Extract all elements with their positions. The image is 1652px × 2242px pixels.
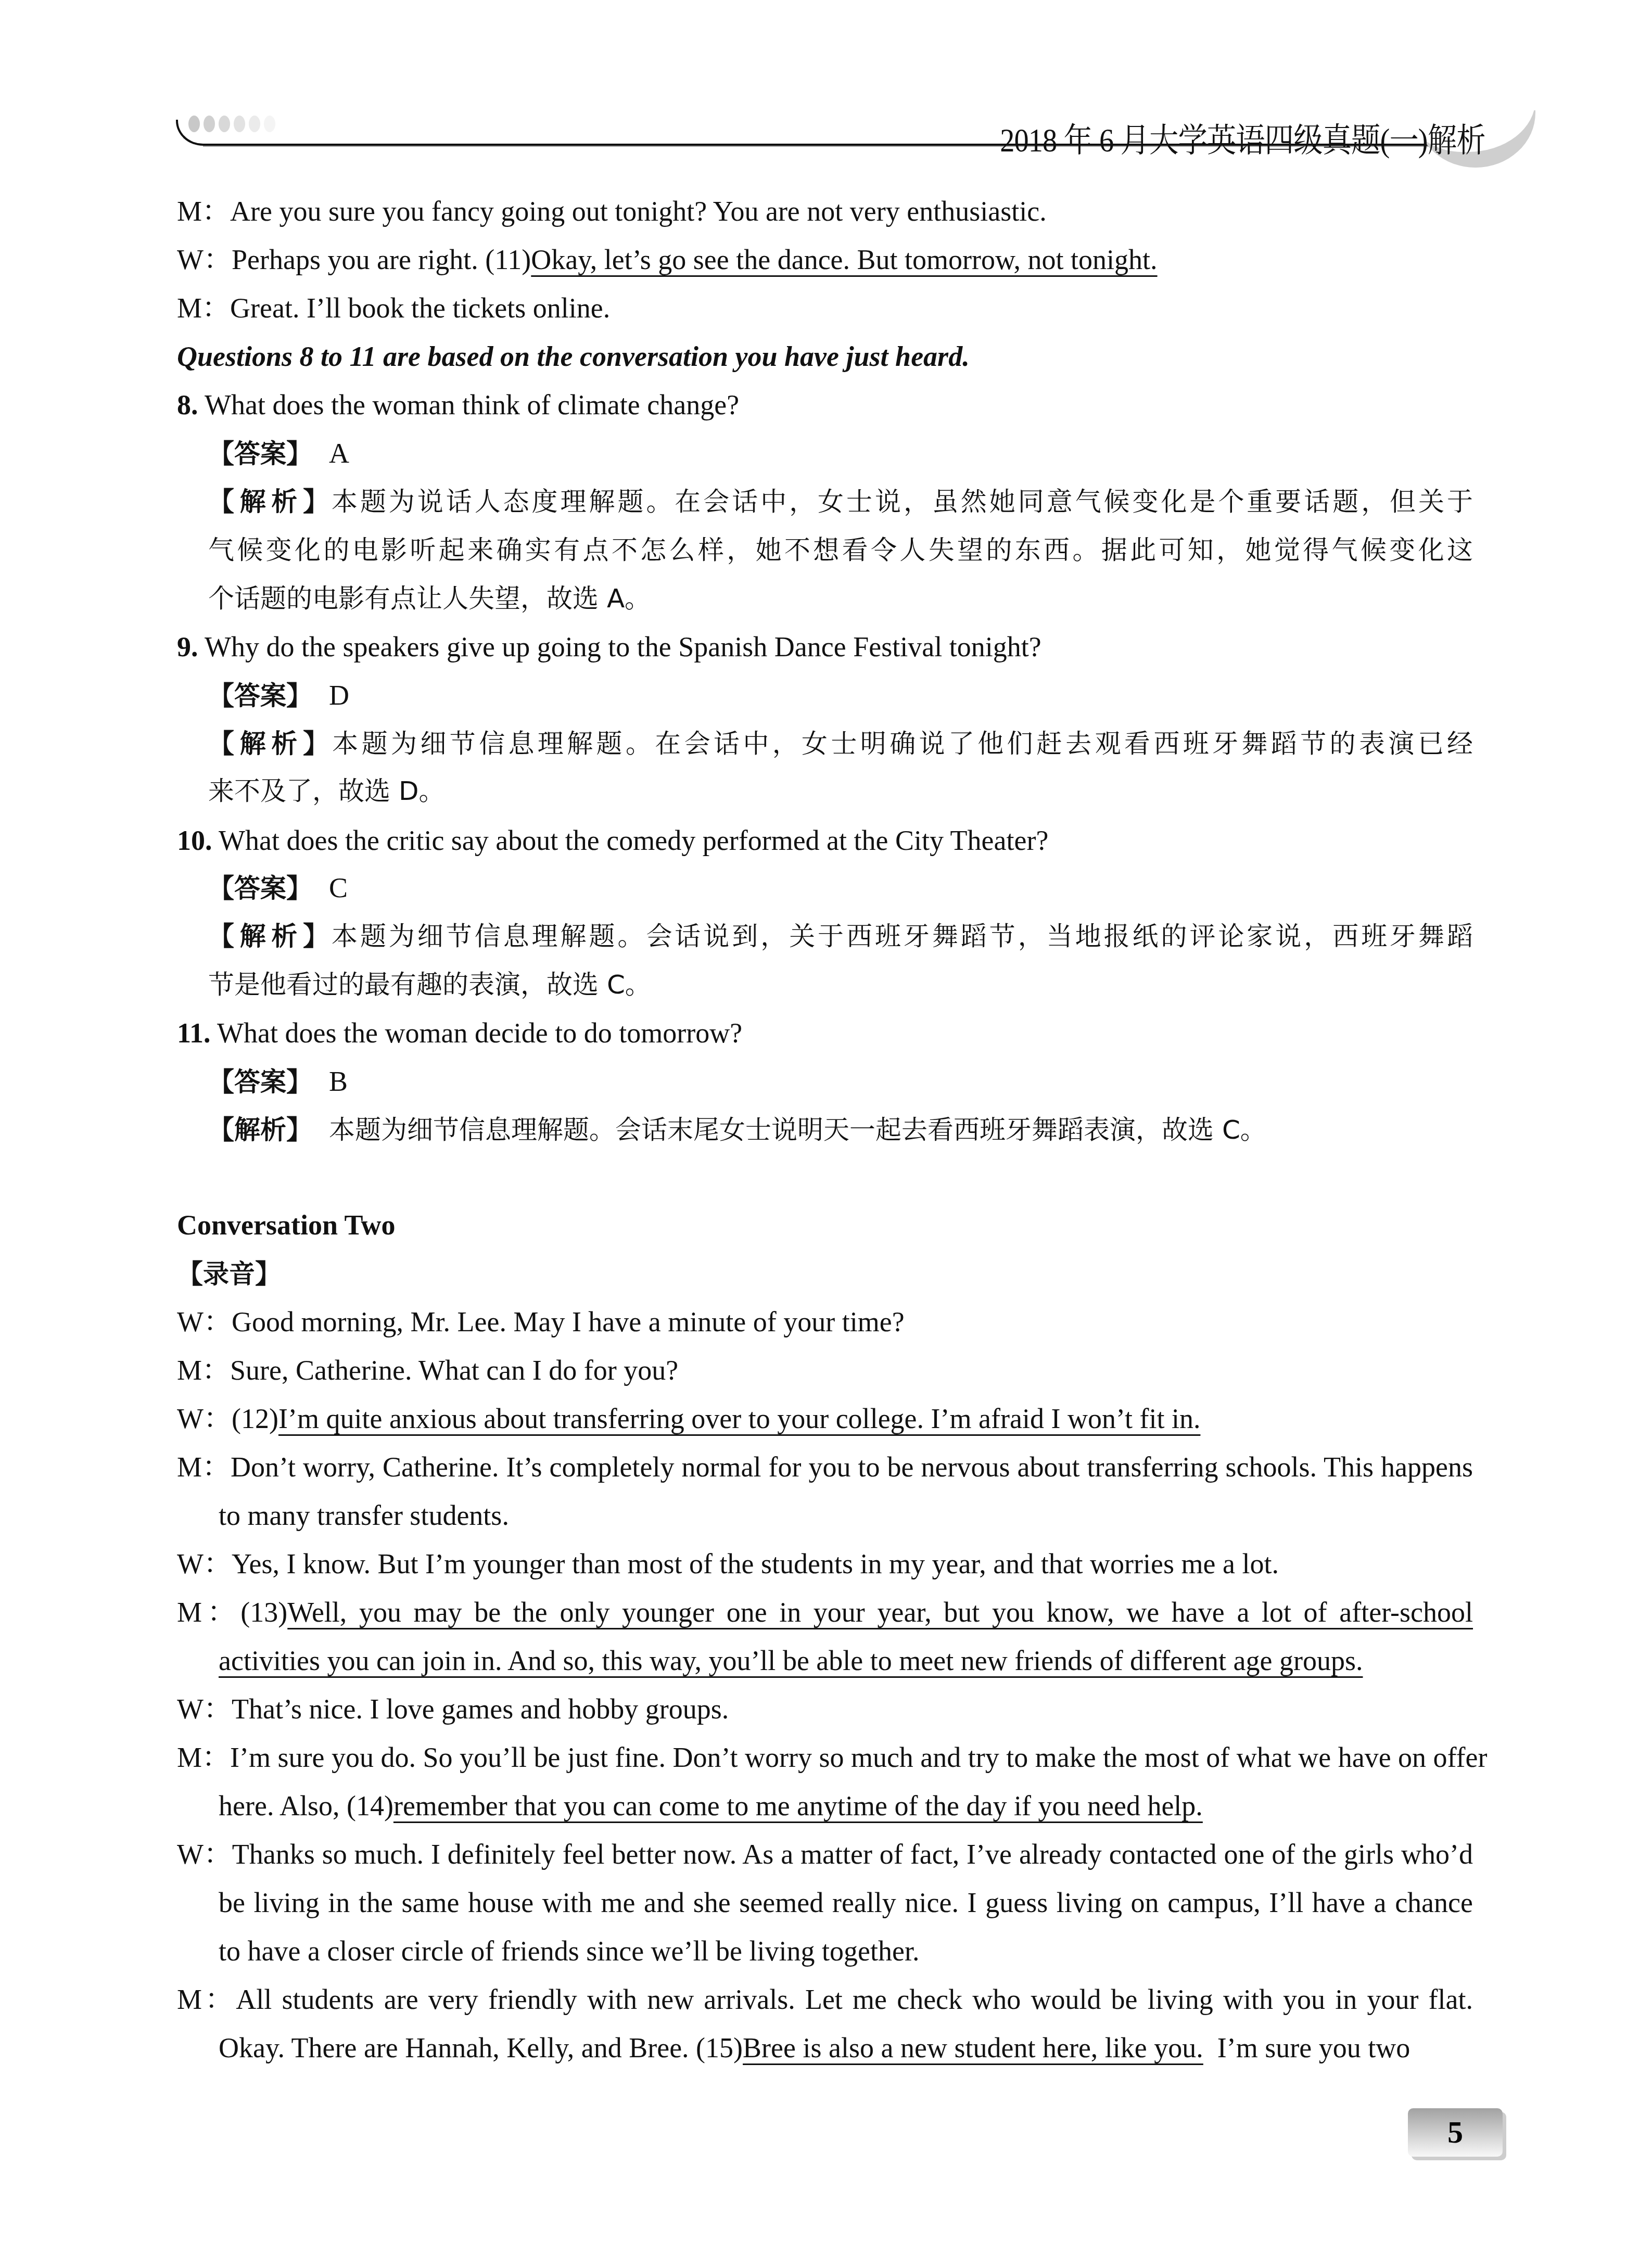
speaker-label: M： — [177, 1355, 230, 1386]
answer-underline-text: Bree is also a new student here, like yo… — [743, 2032, 1203, 2063]
dialogue-line: M：I’m sure you do. So you’ll be just fin… — [177, 1734, 1473, 1782]
dialogue-text: Okay. There are Hannah, Kelly, and Bree.… — [219, 2032, 743, 2063]
answer-underline-text: activities you can join in. And so, this… — [219, 1645, 1363, 1676]
page-number: 5 — [1408, 2108, 1503, 2157]
analysis-row: 【解析】本题为细节信息理解题。在会话中，女士明确说了他们赶去观看西班牙舞蹈节的表… — [208, 720, 1473, 768]
dialogue-continuation: to have a closer circle of friends since… — [219, 1927, 1473, 1976]
answer-label: 【答案】 — [208, 1058, 329, 1106]
header-dot — [219, 116, 230, 132]
analysis-label: 【解析】 — [208, 1106, 329, 1154]
analysis-text: 本题为细节信息理解题。在会话中，女士明确说了他们赶去观看西班牙舞蹈节的表演已经 — [329, 729, 1473, 759]
answer-row: 【答案】D — [208, 671, 1473, 720]
dialogue-text: Good morning, Mr. Lee. May I have a minu… — [232, 1306, 905, 1337]
analysis-text: 本题为细节信息理解题。会话末尾女士说明天一起去看西班牙舞蹈表演，故选 C。 — [329, 1115, 1266, 1145]
dialogue-line: W：Thanks so much. I definitely feel bett… — [177, 1830, 1473, 1879]
dialogue-text: Sure, Catherine. What can I do for you? — [230, 1355, 678, 1386]
analysis-label: 【解析】 — [208, 720, 329, 768]
header-dot — [249, 116, 260, 132]
speaker-label: M： — [177, 1984, 236, 2015]
speaker-label: M： — [177, 1742, 230, 1773]
question-number: 10. — [177, 825, 212, 856]
questions-intro: Questions 8 to 11 are based on the conve… — [177, 333, 1473, 381]
dialogue-line: W：Good morning, Mr. Lee. May I have a mi… — [177, 1298, 1473, 1346]
dialogue-text: Don’t worry, Catherine. It’s completely … — [231, 1451, 1473, 1483]
recording-label-row: 【录音】 — [177, 1250, 1473, 1298]
dialogue-continuation: Okay. There are Hannah, Kelly, and Bree.… — [219, 2024, 1473, 2072]
answer-label: 【答案】 — [208, 672, 329, 720]
dialogue-text: (13) — [240, 1597, 287, 1628]
header-dot — [264, 116, 275, 132]
header-dot — [204, 116, 215, 132]
dialogue-line: M：(13)Well, you may be the only younger … — [177, 1588, 1473, 1637]
speaker-label: M： — [177, 292, 230, 324]
question-11: 11. What does the woman decide to do tom… — [177, 1009, 1473, 1058]
dialogue-line: W：That’s nice. I love games and hobby gr… — [177, 1685, 1473, 1734]
question-8: 8. What does the woman think of climate … — [177, 381, 1473, 429]
analysis-continuation: 来不及了，故选 D。 — [208, 767, 1473, 816]
analysis-row: 【解析】本题为细节信息理解题。会话末尾女士说明天一起去看西班牙舞蹈表演，故选 C… — [208, 1106, 1473, 1154]
speaker-label: W： — [177, 1306, 232, 1337]
running-header-title: 2018 年 6 月大学英语四级真题(一)解析 — [1000, 120, 1485, 161]
question-number: 9. — [177, 631, 198, 663]
answer-row: 【答案】A — [208, 429, 1473, 478]
answer-value: D — [329, 680, 349, 711]
dialogue-line: M：Great. I’ll book the tickets online. — [177, 284, 1473, 333]
dialogue-text: (12) — [232, 1403, 278, 1434]
answer-value: B — [329, 1066, 348, 1097]
question-text: What does the woman decide to do tomorro… — [217, 1017, 742, 1049]
answer-row: 【答案】C — [208, 864, 1473, 912]
analysis-text: 本题为说话人态度理解题。在会话中，女士说，虽然她同意气候变化是个重要话题，但关于 — [329, 487, 1473, 517]
analysis-label: 【解析】 — [208, 912, 329, 961]
dialogue-text: I’m sure you do. So you’ll be just fine.… — [230, 1742, 1488, 1773]
analysis-continuation: 节是他看过的最有趣的表演，故选 C。 — [208, 961, 1473, 1009]
dialogue-line: W：Yes, I know. But I’m younger than most… — [177, 1540, 1473, 1588]
recording-label: 【录音】 — [177, 1250, 281, 1298]
dialogue-text: Are you sure you fancy going out tonight… — [230, 196, 1047, 227]
analysis-text: 本题为细节信息理解题。会话说到，关于西班牙舞蹈节，当地报纸的评论家说，西班牙舞蹈 — [329, 921, 1473, 951]
dialogue-text: here. Also, (14) — [219, 1790, 393, 1821]
analysis-continuation: 气候变化的电影听起来确实有点不怎么样，她不想看令人失望的东西。据此可知，她觉得气… — [208, 526, 1473, 575]
question-number: 11. — [177, 1017, 211, 1049]
answer-value: C — [329, 872, 348, 903]
answer-underline-text: remember that you can come to me anytime… — [393, 1790, 1203, 1821]
dialogue-text: All students are very friendly with new … — [236, 1984, 1473, 2015]
header-dot — [234, 116, 245, 132]
question-number: 8. — [177, 389, 198, 421]
answer-label: 【答案】 — [208, 430, 329, 478]
dialogue-text: I’m sure you two — [1203, 2032, 1410, 2063]
question-text: What does the critic say about the comed… — [219, 825, 1048, 856]
speaker-label: M： — [177, 1597, 240, 1628]
dialogue-text: Great. I’ll book the tickets online. — [230, 292, 610, 324]
question-10: 10. What does the critic say about the c… — [177, 817, 1473, 865]
speaker-label: W： — [177, 1693, 232, 1725]
question-text: What does the woman think of climate cha… — [205, 389, 739, 421]
dialogue-continuation: to many transfer students. — [219, 1492, 1473, 1540]
question-9: 9. Why do the speakers give up going to … — [177, 623, 1473, 671]
answer-underline-text: Okay, let’s go see the dance. But tomorr… — [531, 244, 1157, 275]
section-title: Conversation Two — [177, 1201, 1473, 1250]
analysis-continuation: 个话题的电影有点让人失望，故选 A。 — [208, 575, 1473, 623]
analysis-label: 【解析】 — [208, 478, 329, 526]
dialogue-line: M：Are you sure you fancy going out tonig… — [177, 187, 1473, 236]
answer-underline-text: I’m quite anxious about transferring ove… — [278, 1403, 1200, 1434]
speaker-label: W： — [177, 1403, 232, 1434]
dialogue-line: M：All students are very friendly with ne… — [177, 1976, 1473, 2024]
speaker-label: W： — [177, 1839, 232, 1870]
dialogue-continuation: be living in the same house with me and … — [219, 1879, 1473, 1927]
document-page: 2018 年 6 月大学英语四级真题(一)解析 M：Are you sure y… — [0, 0, 1652, 2242]
analysis-row: 【解析】本题为细节信息理解题。会话说到，关于西班牙舞蹈节，当地报纸的评论家说，西… — [208, 912, 1473, 961]
dialogue-line: W：Perhaps you are right. (11)Okay, let’s… — [177, 236, 1473, 284]
answer-label: 【答案】 — [208, 864, 329, 913]
answer-underline-text: Well, you may be the only younger one in… — [287, 1597, 1473, 1628]
header-dot — [188, 116, 200, 132]
answer-value: A — [329, 438, 349, 469]
header-dots-decoration — [188, 116, 275, 132]
dialogue-line: M：Sure, Catherine. What can I do for you… — [177, 1346, 1473, 1395]
question-text: Why do the speakers give up going to the… — [205, 631, 1041, 663]
dialogue-line: M：Don’t worry, Catherine. It’s completel… — [177, 1443, 1473, 1492]
dialogue-line: W：(12)I’m quite anxious about transferri… — [177, 1395, 1473, 1443]
answer-row: 【答案】B — [208, 1058, 1473, 1106]
dialogue-continuation: here. Also, (14)remember that you can co… — [219, 1782, 1473, 1830]
dialogue-text: Yes, I know. But I’m younger than most o… — [232, 1548, 1279, 1579]
dialogue-text: Thanks so much. I definitely feel better… — [232, 1839, 1473, 1870]
speaker-label: W： — [177, 244, 232, 275]
analysis-row: 【解析】本题为说话人态度理解题。在会话中，女士说，虽然她同意气候变化是个重要话题… — [208, 478, 1473, 526]
speaker-label: W： — [177, 1548, 232, 1579]
speaker-label: M： — [177, 1451, 231, 1483]
speaker-label: M： — [177, 196, 230, 227]
dialogue-text: Perhaps you are right. (11) — [232, 244, 531, 275]
dialogue-text: That’s nice. I love games and hobby grou… — [232, 1693, 729, 1725]
dialogue-continuation: activities you can join in. And so, this… — [219, 1637, 1473, 1685]
